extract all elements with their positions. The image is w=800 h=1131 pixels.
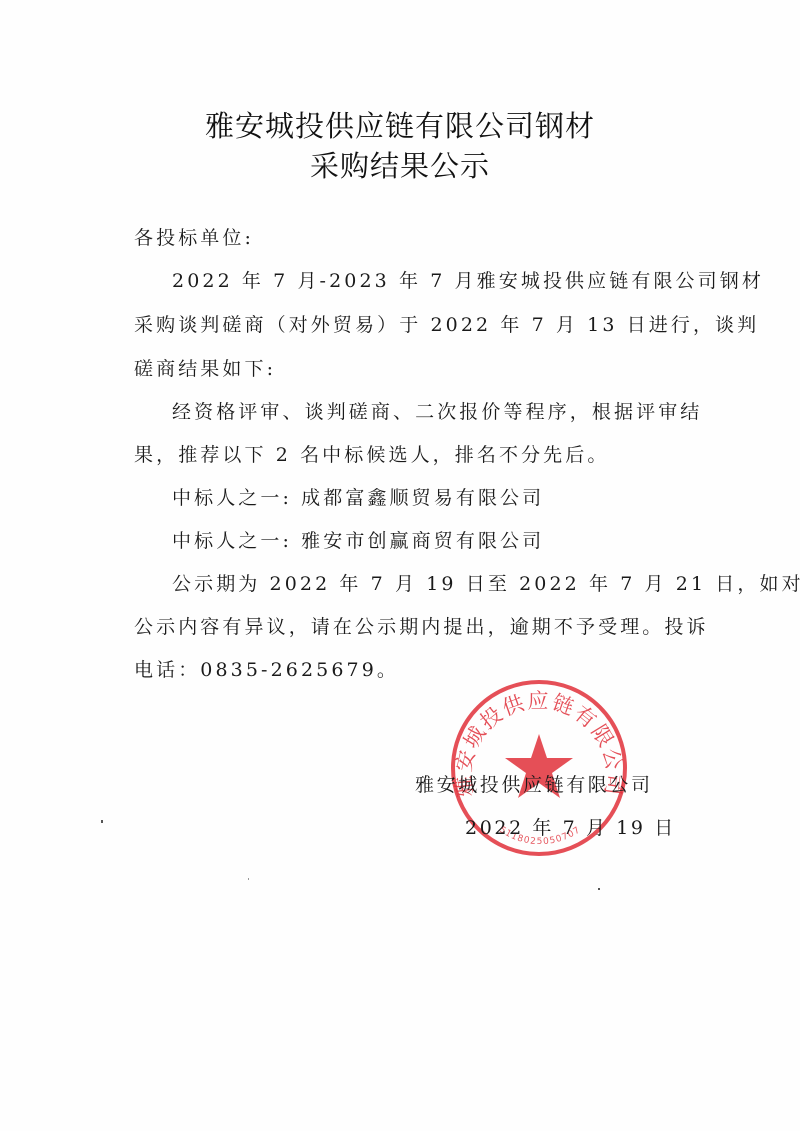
- scan-speck: [248, 878, 249, 880]
- document-title-line1: 雅安城投供应链有限公司钢材: [0, 112, 800, 141]
- scan-speck: [101, 820, 103, 823]
- paragraph-3-line-1: 公示期为 2022 年 7 月 19 日至 2022 年 7 月 21 日，如对: [172, 575, 800, 594]
- paragraph-3-line-2: 公示内容有异议，请在公示期内提出，逾期不予受理。投诉: [134, 618, 709, 637]
- winner-1-name: 成都富鑫顺贸易有限公司: [301, 487, 544, 509]
- signature-date: 2022 年 7 月 19 日: [465, 819, 676, 838]
- paragraph-1-line-3: 磋商结果如下:: [134, 360, 276, 379]
- paragraph-3-line-3: 电话：0835-2625679。: [134, 661, 399, 680]
- paragraph-2-line-1: 经资格评审、谈判磋商、二次报价等程序，根据评审结: [172, 403, 702, 422]
- salutation: 各投标单位:: [134, 229, 254, 248]
- signature-company: 雅安城投供应链有限公司: [415, 776, 653, 795]
- winner-2-label: 中标人之一:: [172, 530, 292, 552]
- paragraph-2-line-2: 果，推荐以下 2 名中标候选人，排名不分先后。: [134, 446, 609, 465]
- winner-2-name: 雅安市创赢商贸有限公司: [301, 530, 544, 552]
- scan-speck: [598, 888, 600, 890]
- paragraph-1-line-2: 采购谈判磋商（对外贸易）于 2022 年 7 月 13 日进行，谈判: [134, 316, 759, 335]
- document-title-line2: 采购结果公示: [0, 152, 800, 181]
- winner-2: 中标人之一: 雅安市创赢商贸有限公司: [172, 532, 544, 551]
- winner-1: 中标人之一: 成都富鑫顺贸易有限公司: [172, 489, 544, 508]
- document-page: 雅安城投供应链有限公司钢材 采购结果公示 各投标单位: 2022 年 7 月-2…: [0, 0, 800, 1131]
- paragraph-1-line-1: 2022 年 7 月-2023 年 7 月雅安城投供应链有限公司钢材: [172, 272, 764, 291]
- winner-1-label: 中标人之一:: [172, 487, 292, 509]
